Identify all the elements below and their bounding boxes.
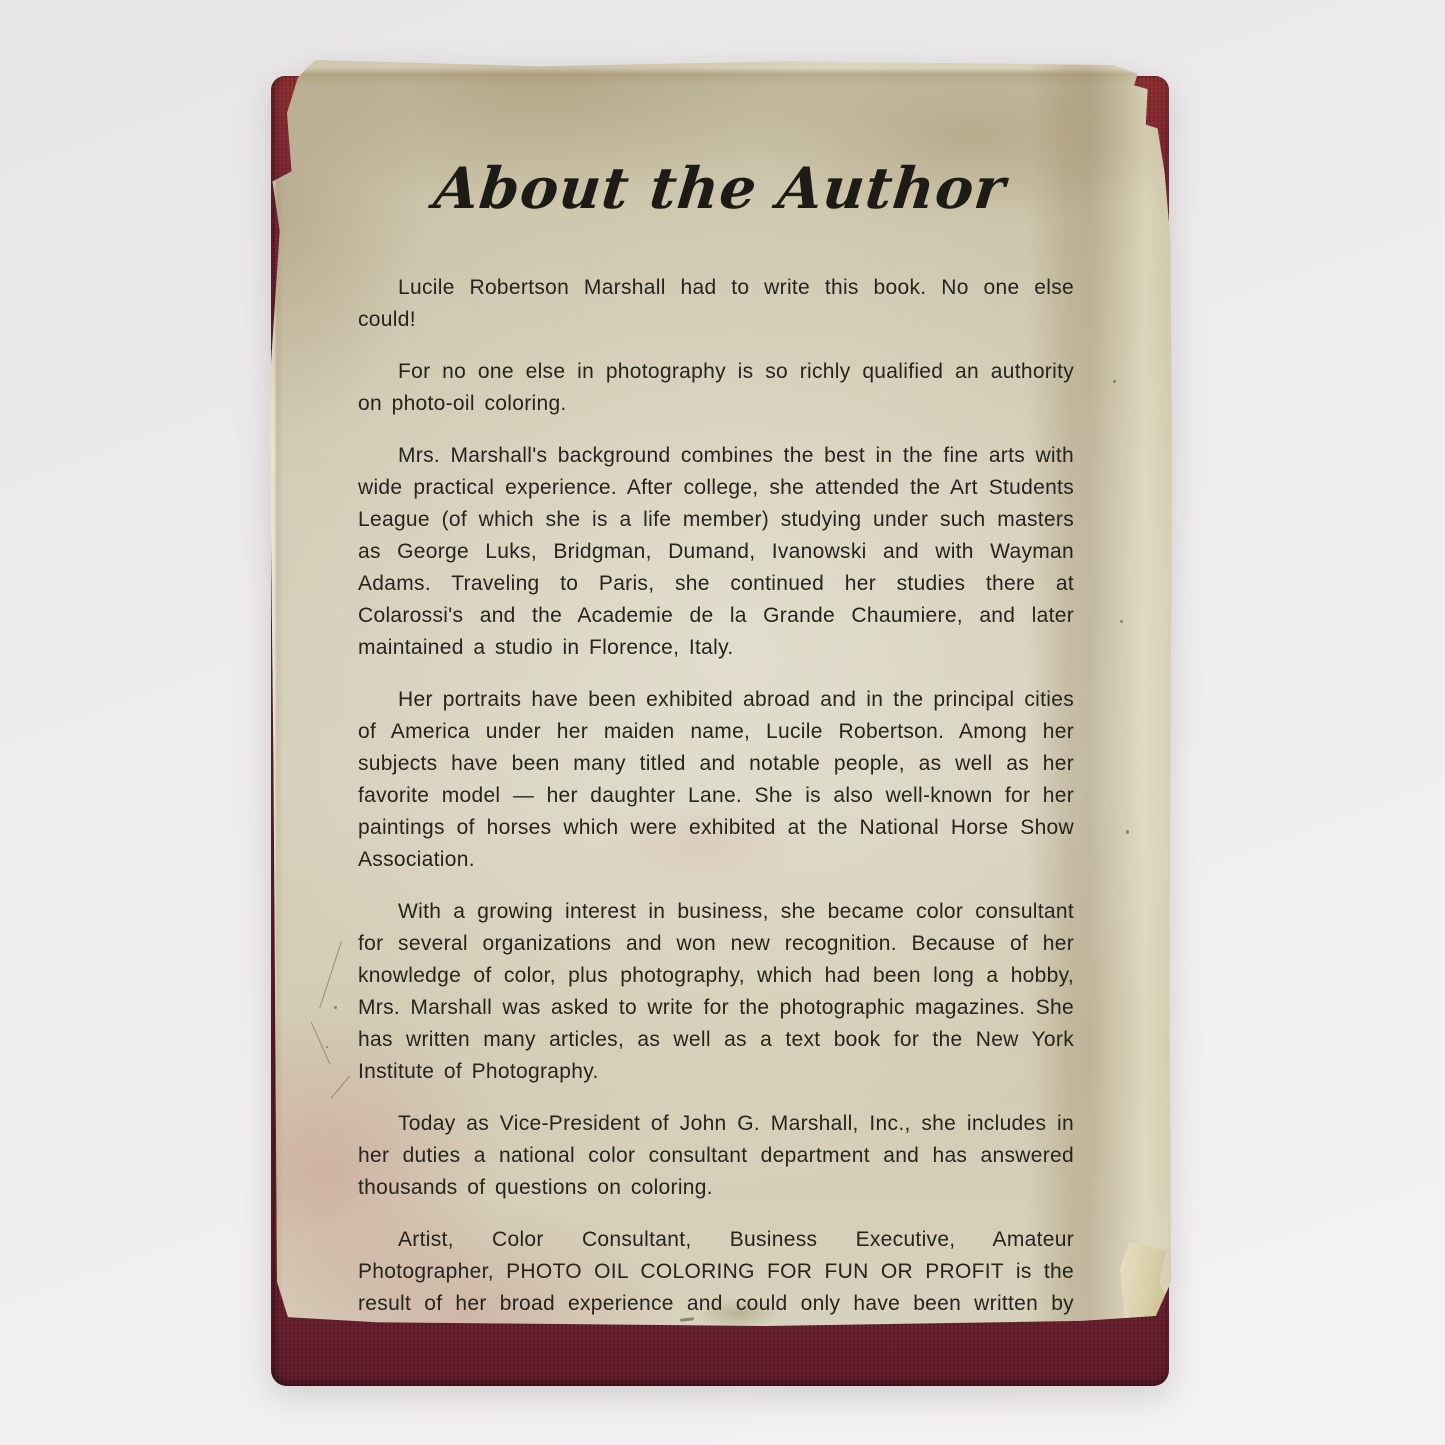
- crease-scratch: [319, 942, 342, 1009]
- crease-scratch: [311, 1022, 331, 1064]
- jacket-title: About the Author: [265, 156, 1176, 222]
- crease-scratch: [330, 1075, 350, 1099]
- dust-jacket: About the Author Lucile Robertson Marsha…: [268, 60, 1172, 1326]
- foxing-speck: [1126, 830, 1129, 834]
- about-paragraph: With a growing interest in business, she…: [358, 896, 1074, 1088]
- photo-backdrop: About the Author Lucile Robertson Marsha…: [0, 0, 1445, 1445]
- foxing-speck: [1113, 380, 1116, 383]
- about-paragraph: Mrs. Marshall's background combines the …: [358, 440, 1074, 664]
- about-paragraph: Her portraits have been exhibited abroad…: [358, 684, 1074, 876]
- about-paragraph: For no one else in photography is so ric…: [358, 356, 1074, 420]
- foxing-speck: [334, 1006, 337, 1009]
- book-back-cover: About the Author Lucile Robertson Marsha…: [268, 60, 1172, 1386]
- jacket-text-block: Lucile Robertson Marshall had to write t…: [358, 272, 1074, 1352]
- about-paragraph: Today as Vice-President of John G. Marsh…: [358, 1108, 1074, 1204]
- foxing-speck: [326, 1046, 328, 1048]
- foxing-speck: [1120, 620, 1123, 623]
- about-paragraph: Lucile Robertson Marshall had to write t…: [358, 272, 1074, 336]
